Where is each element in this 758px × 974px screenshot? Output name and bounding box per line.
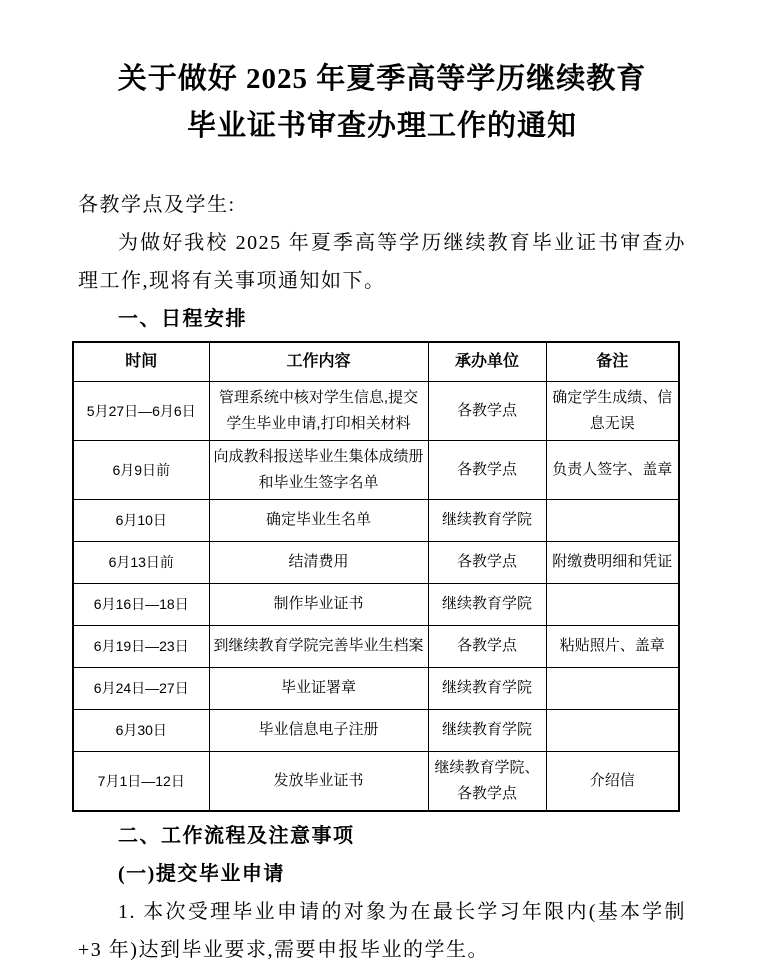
table-cell-task: 到继续教育学院完善毕业生档案 — [209, 625, 428, 667]
table-cell-note: 介绍信 — [546, 751, 679, 811]
schedule-table: 时间工作内容承办单位备注 5月27日—6月6日管理系统中核对学生信息,提交学生毕… — [72, 341, 680, 812]
table-header-row: 时间工作内容承办单位备注 — [73, 342, 679, 381]
table-cell-time: 6月10日 — [73, 499, 209, 541]
table-cell-time: 6月24日—27日 — [73, 667, 209, 709]
table-cell-unit: 各教学点 — [428, 440, 546, 499]
table-header-cell: 备注 — [546, 342, 679, 381]
table-cell-note — [546, 709, 679, 751]
table-cell-note — [546, 499, 679, 541]
section1-heading: 一、日程安排 — [78, 300, 686, 338]
table-row: 6月13日前结清费用各教学点附缴费明细和凭证 — [73, 541, 679, 583]
intro-paragraph: 为做好我校 2025 年夏季高等学历继续教育毕业证书审查办理工作,现将有关事项通… — [78, 224, 686, 300]
section2-subheading: (一)提交毕业申请 — [78, 855, 686, 893]
document-title: 关于做好 2025 年夏季高等学历继续教育 毕业证书审查办理工作的通知 — [78, 56, 686, 150]
table-cell-unit: 各教学点 — [428, 541, 546, 583]
table-cell-unit: 继续教育学院 — [428, 499, 546, 541]
notice-document: 关于做好 2025 年夏季高等学历继续教育 毕业证书审查办理工作的通知 各教学点… — [0, 0, 758, 974]
title-line-2: 毕业证书审查办理工作的通知 — [78, 103, 686, 150]
table-cell-task: 毕业信息电子注册 — [209, 709, 428, 751]
table-cell-task: 确定毕业生名单 — [209, 499, 428, 541]
table-row: 5月27日—6月6日管理系统中核对学生信息,提交学生毕业申请,打印相关材料各教学… — [73, 381, 679, 440]
salutation: 各教学点及学生: — [78, 186, 686, 224]
table-row: 6月16日—18日制作毕业证书继续教育学院 — [73, 583, 679, 625]
table-cell-note: 确定学生成绩、信息无误 — [546, 381, 679, 440]
table-cell-unit: 各教学点 — [428, 381, 546, 440]
table-cell-note: 粘贴照片、盖章 — [546, 625, 679, 667]
title-line-1: 关于做好 2025 年夏季高等学历继续教育 — [78, 56, 686, 103]
table-row: 6月10日确定毕业生名单继续教育学院 — [73, 499, 679, 541]
table-cell-task: 毕业证署章 — [209, 667, 428, 709]
table-cell-unit: 继续教育学院、各教学点 — [428, 751, 546, 811]
section2-heading: 二、工作流程及注意事项 — [78, 817, 686, 855]
table-body: 5月27日—6月6日管理系统中核对学生信息,提交学生毕业申请,打印相关材料各教学… — [73, 381, 679, 811]
table-cell-note — [546, 583, 679, 625]
table-cell-note: 负责人签字、盖章 — [546, 440, 679, 499]
table-cell-time: 7月1日—12日 — [73, 751, 209, 811]
table-cell-time: 6月30日 — [73, 709, 209, 751]
table-row: 6月19日—23日到继续教育学院完善毕业生档案各教学点粘贴照片、盖章 — [73, 625, 679, 667]
table-cell-time: 6月9日前 — [73, 440, 209, 499]
table-cell-unit: 继续教育学院 — [428, 709, 546, 751]
table-cell-unit: 各教学点 — [428, 625, 546, 667]
table-header-cell: 承办单位 — [428, 342, 546, 381]
table-header-cell: 工作内容 — [209, 342, 428, 381]
table-header-cell: 时间 — [73, 342, 209, 381]
table-cell-time: 6月16日—18日 — [73, 583, 209, 625]
table-cell-task: 结清费用 — [209, 541, 428, 583]
table-cell-task: 制作毕业证书 — [209, 583, 428, 625]
table-cell-time: 5月27日—6月6日 — [73, 381, 209, 440]
table-cell-task: 向成教科报送毕业生集体成绩册和毕业生签字名单 — [209, 440, 428, 499]
table-cell-time: 6月13日前 — [73, 541, 209, 583]
table-cell-note: 附缴费明细和凭证 — [546, 541, 679, 583]
table-cell-note — [546, 667, 679, 709]
table-cell-unit: 继续教育学院 — [428, 667, 546, 709]
table-row: 6月24日—27日毕业证署章继续教育学院 — [73, 667, 679, 709]
table-cell-time: 6月19日—23日 — [73, 625, 209, 667]
table-row: 7月1日—12日发放毕业证书继续教育学院、各教学点介绍信 — [73, 751, 679, 811]
table-cell-task: 管理系统中核对学生信息,提交学生毕业申请,打印相关材料 — [209, 381, 428, 440]
table-cell-task: 发放毕业证书 — [209, 751, 428, 811]
item-1-paragraph: 1. 本次受理毕业申请的对象为在最长学习年限内(基本学制+3 年)达到毕业要求,… — [78, 893, 686, 969]
table-row: 6月9日前向成教科报送毕业生集体成绩册和毕业生签字名单各教学点负责人签字、盖章 — [73, 440, 679, 499]
table-row: 6月30日毕业信息电子注册继续教育学院 — [73, 709, 679, 751]
table-cell-unit: 继续教育学院 — [428, 583, 546, 625]
